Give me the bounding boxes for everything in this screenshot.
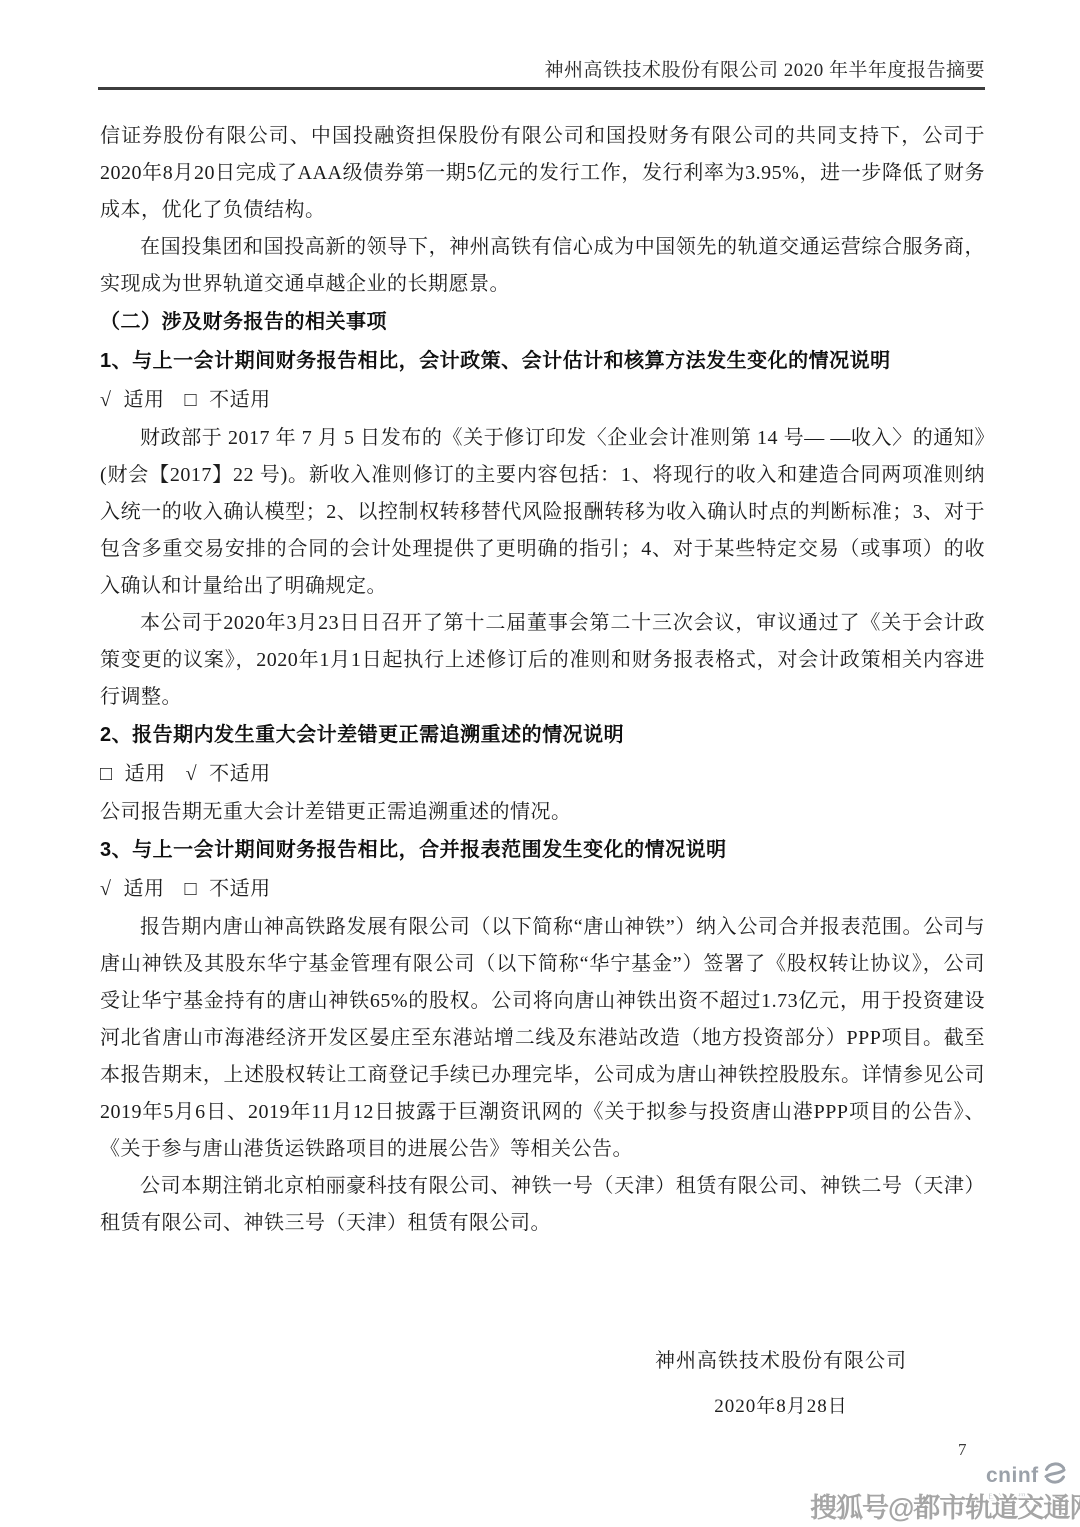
applicable-label: 适用 [123,389,164,411]
paragraph-board-meeting-resolution: 本公司于2020年3月23日日召开了第十二届董事会第二十三次会议，审议通过了《关… [100,605,985,716]
cninfo-wordmark: cninf [986,1464,1039,1488]
not-applicable-label: 不适用 [209,763,271,785]
subsection-heading-accounting-policy-change: 1、与上一会计期间财务报告相比，会计政策、会计估计和核算方法发生变化的情况说明 [100,342,985,381]
applicability-row-1: √适用□不适用 [100,381,985,420]
signature-date: 2020年8月28日 [655,1394,907,1420]
page-number: 7 [958,1440,967,1460]
subsection-heading-error-restatement: 2、报告期内发生重大会计差错更正需追溯重述的情况说明 [100,716,985,755]
check-mark-icon: √ [100,878,111,900]
paragraph-no-restatement: 公司报告期无重大会计差错更正需追溯重述的情况。 [100,794,985,831]
subsection-heading-consolidation-scope-change: 3、与上一会计期间财务报告相比，合并报表范围发生变化的情况说明 [100,831,985,870]
check-mark-icon: √ [100,389,111,411]
watermark-text: 搜狐号@都市轨道交通网 [810,1486,1080,1525]
signature-block: 神州高铁技术股份有限公司 2020年8月28日 [655,1348,907,1420]
not-applicable-label: 不适用 [209,878,271,900]
paragraph-bond-issuance: 信证券股份有限公司、中国投融资担保股份有限公司和国投财务有限公司的共同支持下，公… [100,118,985,229]
applicability-row-2: □适用√不适用 [100,755,985,794]
checkbox-empty-icon: □ [184,878,197,900]
document-body: 信证券股份有限公司、中国投融资担保股份有限公司和国投财务有限公司的共同支持下，公… [100,118,985,1420]
checkbox-empty-icon: □ [100,763,113,785]
paragraph-mof-revenue-standard: 财政部于 2017 年 7 月 5 日发布的《关于修订印发〈企业会计准则第 14… [100,420,985,605]
applicable-label: 适用 [125,763,166,785]
section-heading-financial-report-matters: （二）涉及财务报告的相关事项 [100,303,985,342]
applicable-label: 适用 [123,878,164,900]
checkbox-empty-icon: □ [184,389,197,411]
header-rule [98,87,985,90]
applicability-row-3: √适用□不适用 [100,870,985,909]
paragraph-company-vision: 在国投集团和国投高新的领导下，神州高铁有信心成为中国领先的轨道交通运营综合服务商… [100,229,985,303]
paragraph-subsidiary-deregistration: 公司本期注销北京柏丽豪科技有限公司、神铁一号（天津）租赁有限公司、神铁二号（天津… [100,1168,985,1242]
signature-company-name: 神州高铁技术股份有限公司 [655,1348,907,1374]
paragraph-tangshan-consolidation: 报告期内唐山神高铁路发展有限公司（以下简称“唐山神铁”）纳入公司合并报表范围。公… [100,909,985,1168]
not-applicable-label: 不适用 [209,389,271,411]
report-page: 神州高铁技术股份有限公司 2020 年半年度报告摘要 信证券股份有限公司、中国投… [0,0,1080,1527]
check-mark-icon: √ [186,763,197,785]
page-header-title: 神州高铁技术股份有限公司 2020 年半年度报告摘要 [100,55,985,82]
